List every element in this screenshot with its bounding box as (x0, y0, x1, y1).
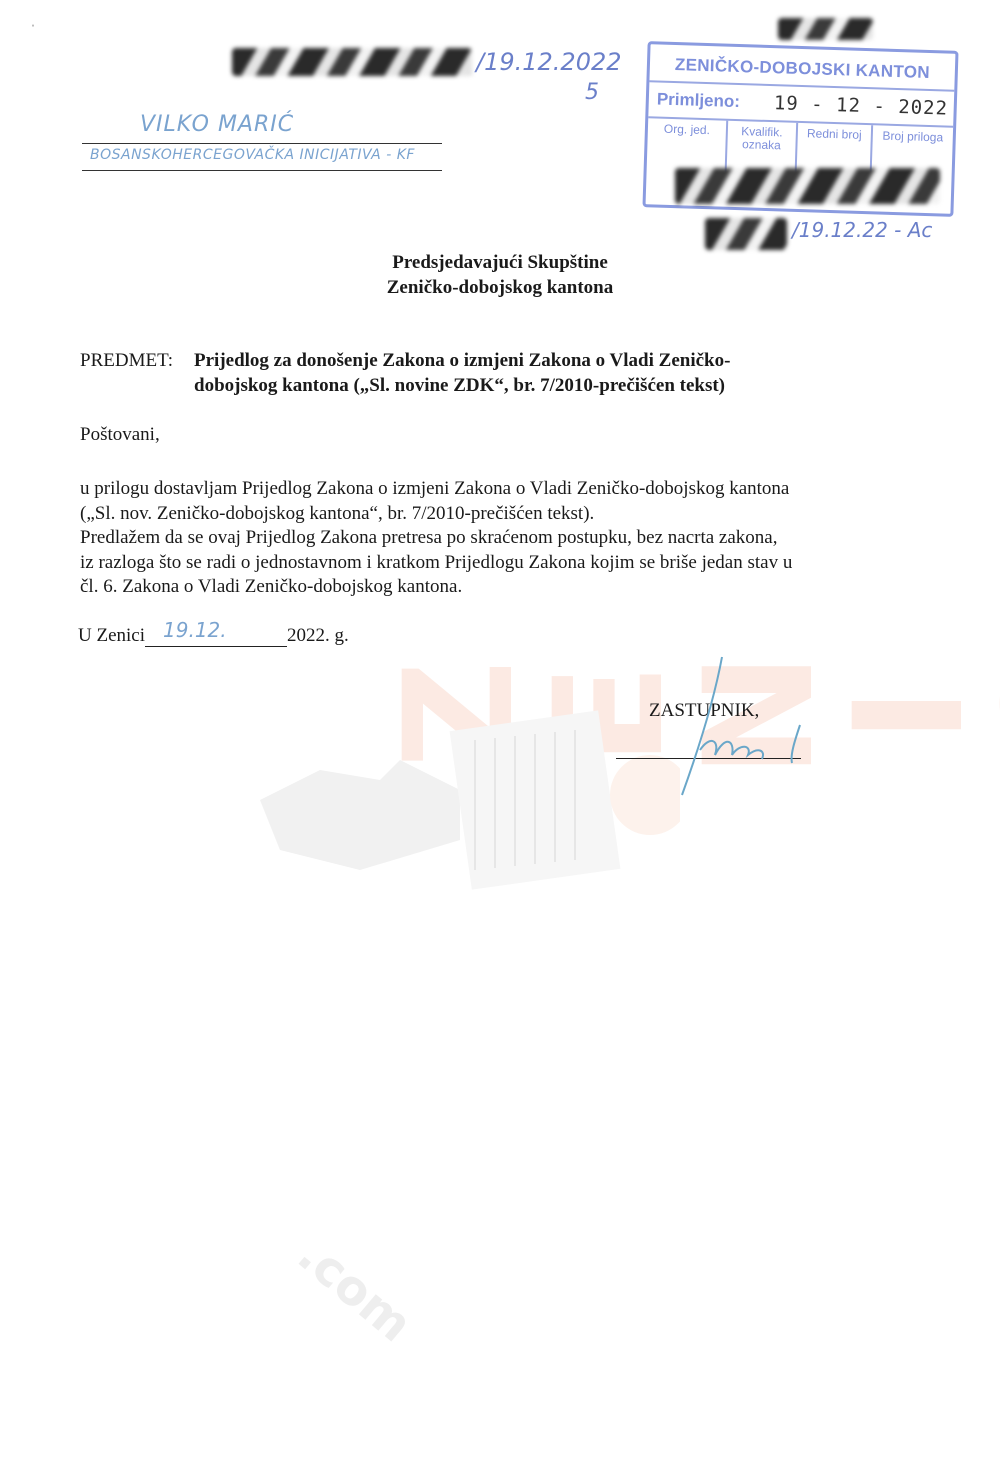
sender-rule-bottom (82, 170, 442, 171)
watermark-letter: I (835, 687, 985, 743)
body-line: iz razloga što se radi o jednostavnom i … (80, 551, 910, 576)
handwritten-date: 19.12. (163, 618, 227, 642)
subject-line-2: dobojskog kantona („Sl. novine ZDK“, br.… (80, 373, 840, 398)
redacted-stamp-number (675, 168, 940, 204)
sender-name: VILKO MARIĆ (140, 112, 294, 137)
registry-initial: 5 (585, 80, 599, 105)
redacted-stamp-note-number (705, 218, 787, 250)
registry-date: /19.12.2022 (476, 48, 622, 76)
sender-organization: BOSANSKOHERCEGOVAČKA INICIJATIVA - KF (90, 147, 415, 163)
place-suffix: 2022. g. (287, 625, 349, 647)
addressee-line-1: Predsjedavajući Skupštine (0, 250, 1000, 275)
addressee-line-2: Zeničko-dobojskog kantona (0, 275, 1000, 300)
subject-line-1: Prijedlog za donošenje Zakona o izmjeni … (194, 350, 730, 371)
redacted-top-number (778, 18, 873, 40)
watermark-letter: C (985, 660, 1000, 770)
sender-rule-top (82, 143, 442, 144)
place-prefix: U Zenici (78, 625, 145, 647)
stamp-received-date: 19 - 12 - 2022 (774, 92, 949, 119)
date-blank: 19.12. (145, 624, 287, 647)
body-line: („Sl. nov. Zeničko-dobojskog kantona“, b… (80, 502, 910, 527)
scan-speck: ˈ (31, 22, 35, 37)
subject: PREDMET:Prijedlog za donošenje Zakona o … (80, 348, 840, 398)
stamp-title: ZENIČKO-DOBOJSKI KANTON (650, 44, 956, 84)
subject-label: PREDMET: (80, 348, 194, 373)
body-line: u prilogu dostavljam Prijedlog Zakona o … (80, 477, 910, 502)
greeting: Poštovani, (80, 424, 160, 446)
body-line: čl. 6. Zakona o Vladi Zeničko-dobojskog … (80, 575, 910, 600)
body-text: u prilogu dostavljam Prijedlog Zakona o … (80, 477, 910, 600)
signature-scribble-icon (660, 655, 830, 805)
redacted-registry-number (232, 48, 472, 76)
addressee: Predsjedavajući Skupštine Zeničko-dobojs… (0, 250, 1000, 300)
stamp-handwritten-note: /19.12.22 - Ac (792, 218, 932, 242)
place-date: U Zenici 19.12. 2022. g. (78, 624, 349, 647)
body-line: Predlažem da se ovaj Prijedlog Zakona pr… (80, 526, 910, 551)
stamp-received-label: Primljeno: (657, 89, 741, 112)
